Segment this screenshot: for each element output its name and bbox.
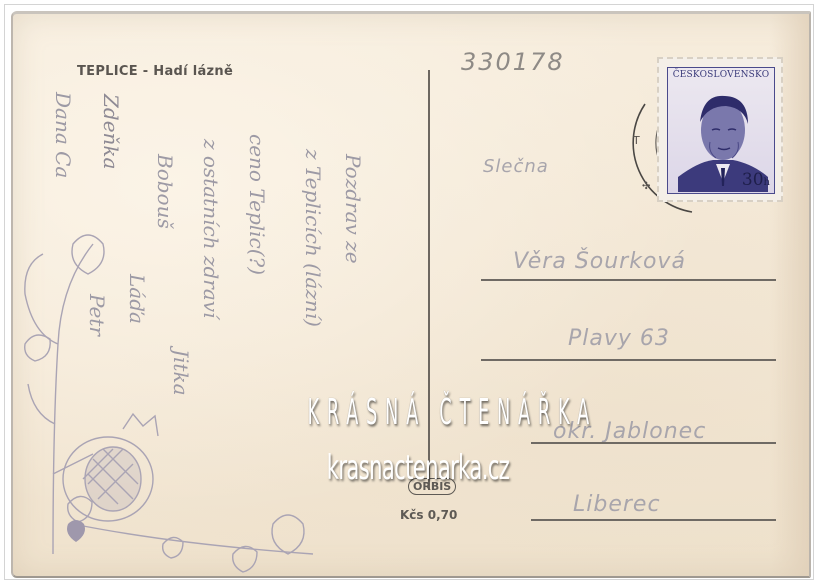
message-line-1: Pozdrav ze — [341, 154, 365, 264]
stamp-country: ČESKOSLOVENSKO — [668, 70, 774, 80]
signature-1: Zdeňka — [99, 94, 123, 169]
address-rule-4 — [531, 519, 776, 521]
floral-ornament-icon — [13, 224, 333, 574]
postcard: TEPLICE - Hadí lázně 330178 T -7.II.59 4… — [11, 11, 811, 578]
postcard-title: TEPLICE - Hadí lázně — [77, 64, 233, 79]
svg-text:✣: ✣ — [642, 181, 650, 192]
postage-stamp: ČESKOSLOVENSKO 30h — [657, 57, 783, 202]
serial-number: 330178 — [461, 48, 565, 76]
address-rule-1 — [481, 279, 776, 281]
stamp-value: 30h — [742, 170, 770, 190]
address-line-1: Věra Šourková — [513, 249, 686, 274]
price-label: Kčs 0,70 — [400, 508, 457, 522]
address-line-4: Liberec — [573, 492, 661, 517]
svg-text:T: T — [632, 134, 640, 147]
address-rule-2 — [481, 359, 776, 361]
recipient-title: Slečna — [483, 156, 549, 177]
signature-2: Dana Ca — [51, 92, 75, 178]
stamp-face: ČESKOSLOVENSKO 30h — [667, 67, 775, 194]
watermark-title: KRÁSNÁ ČTENÁŘKA — [308, 392, 539, 433]
address-line-2: Plavy 63 — [568, 326, 670, 351]
address-rule-3 — [531, 442, 776, 444]
message-line-5: Bobouš — [153, 154, 177, 229]
watermark-url[interactable]: krasnactenarka.cz — [322, 448, 514, 488]
